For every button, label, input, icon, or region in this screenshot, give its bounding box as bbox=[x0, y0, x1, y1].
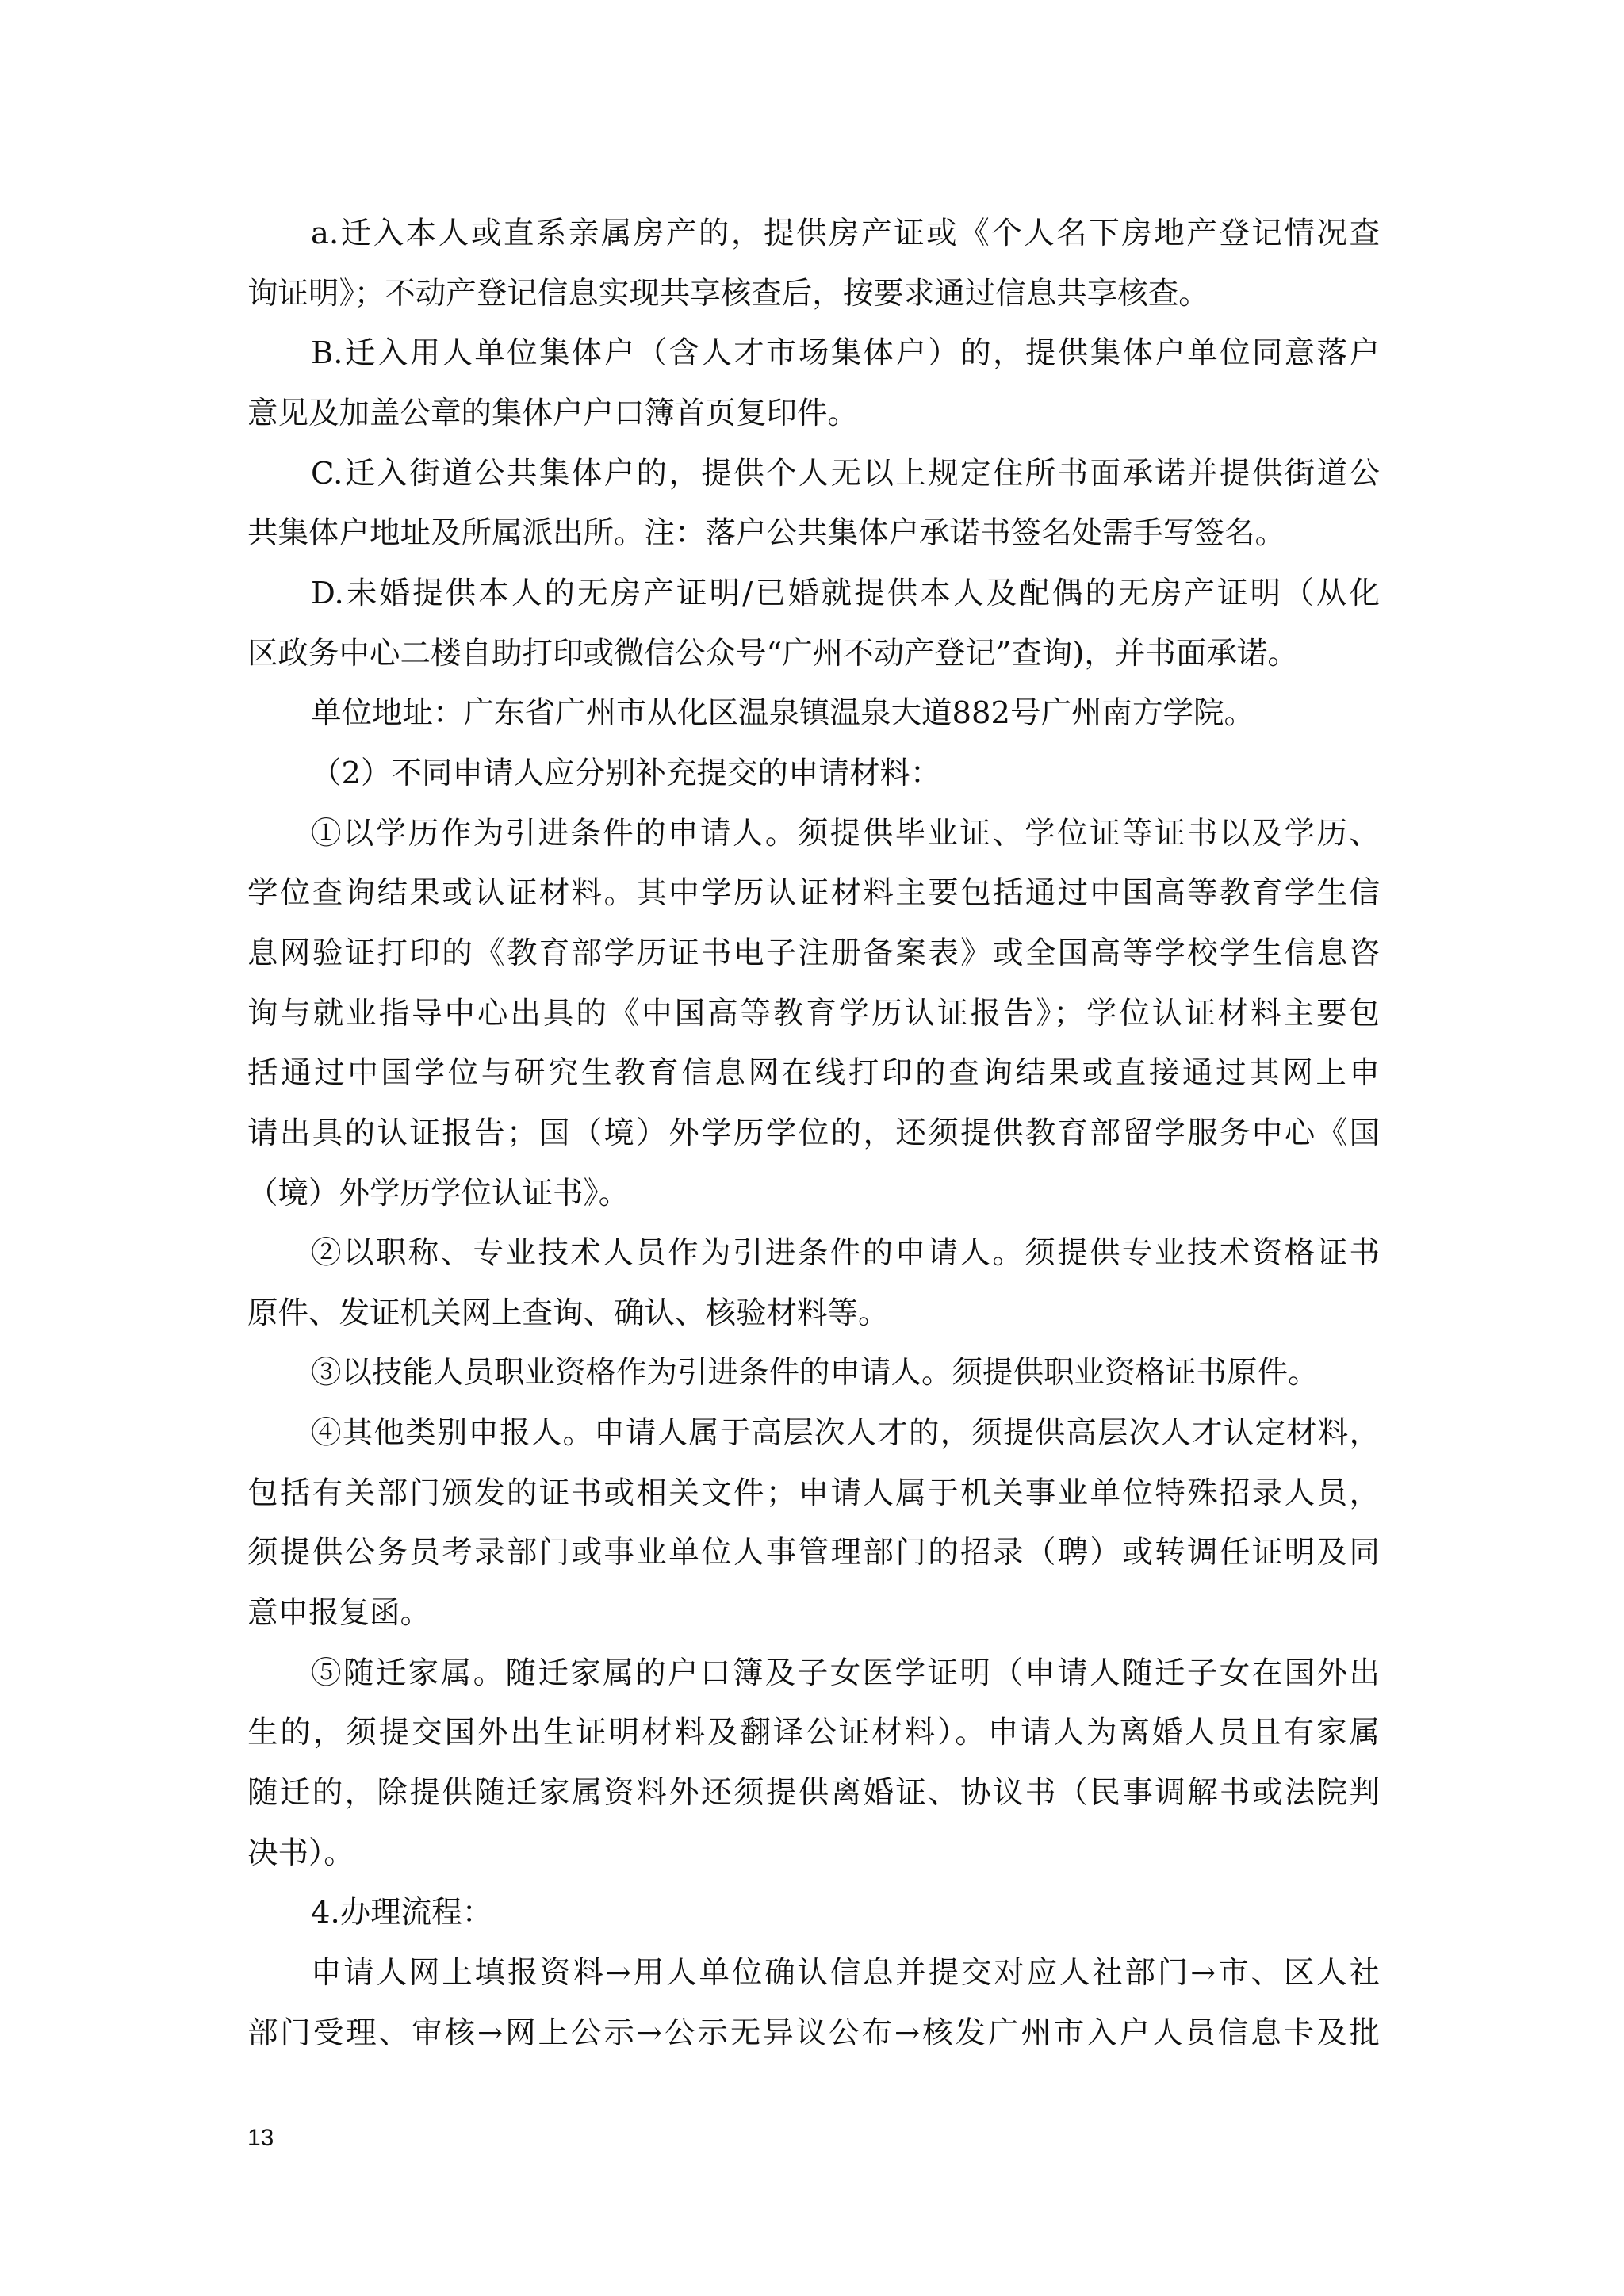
text-line: 询证明》；不动产登记信息实现共享核查后，按要求通过信息共享核查。 bbox=[247, 264, 1380, 324]
text-line: ③以技能人员职业资格作为引进条件的申请人。须提供职业资格证书原件。 bbox=[247, 1343, 1380, 1403]
text-line: ②以职称、专业技术人员作为引进条件的申请人。须提供专业技术资格证书 bbox=[247, 1223, 1380, 1284]
text-line: 须提供公务员考录部门或事业单位人事管理部门的招录（聘）或转调任证明及同 bbox=[247, 1523, 1380, 1583]
text-line: 随迁的，除提供随迁家属资料外还须提供离婚证、协议书（民事调解书或法院判 bbox=[247, 1763, 1380, 1823]
text-line: ④其他类别申报人。申请人属于高层次人才的，须提供高层次人才认定材料， bbox=[247, 1403, 1380, 1464]
page-number: 13 bbox=[247, 2125, 274, 2152]
text-line: 意申报复函。 bbox=[247, 1583, 1380, 1644]
text-line: 申请人网上填报资料→用人单位确认信息并提交对应人社部门→市、区人社 bbox=[247, 1943, 1380, 2003]
text-line: 决书）。 bbox=[247, 1823, 1380, 1884]
paragraph-item-5: ⑤随迁家属。随迁家属的户口簿及子女医学证明（申请人随迁子女在国外出生的，须提交国… bbox=[247, 1644, 1380, 1884]
text-line: 4.办理流程： bbox=[247, 1883, 1380, 1943]
document-page: a.迁入本人或直系亲属房产的，提供房产证或《个人名下房地产登记情况查询证明》；不… bbox=[0, 0, 1624, 2296]
text-line: ①以学历作为引进条件的申请人。须提供毕业证、学位证等证书以及学历、 bbox=[247, 804, 1380, 864]
text-line: 请出具的认证报告；国（境）外学历学位的，还须提供教育部留学服务中心《国 bbox=[247, 1104, 1380, 1164]
paragraph-item-3: ③以技能人员职业资格作为引进条件的申请人。须提供职业资格证书原件。 bbox=[247, 1343, 1380, 1403]
text-line: 原件、发证机关网上查询、确认、核验材料等。 bbox=[247, 1284, 1380, 1344]
text-line: 包括有关部门颁发的证书或相关文件；申请人属于机关事业单位特殊招录人员， bbox=[247, 1464, 1380, 1524]
paragraph-section-4-heading: 4.办理流程： bbox=[247, 1883, 1380, 1943]
text-line: 括通过中国学位与研究生教育信息网在线打印的查询结果或直接通过其网上申 bbox=[247, 1043, 1380, 1104]
paragraph-item-a: a.迁入本人或直系亲属房产的，提供房产证或《个人名下房地产登记情况查询证明》；不… bbox=[247, 204, 1380, 323]
paragraph-item-2: ②以职称、专业技术人员作为引进条件的申请人。须提供专业技术资格证书原件、发证机关… bbox=[247, 1223, 1380, 1343]
text-line: B.迁入用人单位集体户（含人才市场集体户）的，提供集体户单位同意落户 bbox=[247, 323, 1380, 384]
paragraph-section-2-heading: （2）不同申请人应分别补充提交的申请材料： bbox=[247, 744, 1380, 804]
paragraph-item-1: ①以学历作为引进条件的申请人。须提供毕业证、学位证等证书以及学历、学位查询结果或… bbox=[247, 804, 1380, 1224]
text-line: 息网验证打印的《教育部学历证书电子注册备案表》或全国高等学校学生信息咨 bbox=[247, 924, 1380, 984]
text-line: 生的，须提交国外出生证明材料及翻译公证材料）。申请人为离婚人员且有家属 bbox=[247, 1703, 1380, 1763]
text-line: D.未婚提供本人的无房产证明/已婚就提供本人及配偶的无房产证明（从化 bbox=[247, 564, 1380, 624]
text-line: （境）外学历学位认证书》。 bbox=[247, 1164, 1380, 1224]
text-line: a.迁入本人或直系亲属房产的，提供房产证或《个人名下房地产登记情况查 bbox=[247, 204, 1380, 264]
text-line: 共集体户地址及所属派出所。注：落户公共集体户承诺书签名处需手写签名。 bbox=[247, 503, 1380, 564]
text-line: 学位查询结果或认证材料。其中学历认证材料主要包括通过中国高等教育学生信 bbox=[247, 863, 1380, 924]
text-line: C.迁入街道公共集体户的，提供个人无以上规定住所书面承诺并提供街道公 bbox=[247, 444, 1380, 504]
paragraph-unit-address: 单位地址：广东省广州市从化区温泉镇温泉大道882号广州南方学院。 bbox=[247, 683, 1380, 744]
body-text: a.迁入本人或直系亲属房产的，提供房产证或《个人名下房地产登记情况查询证明》；不… bbox=[247, 204, 1380, 2063]
paragraph-item-4: ④其他类别申报人。申请人属于高层次人才的，须提供高层次人才认定材料，包括有关部门… bbox=[247, 1403, 1380, 1644]
text-line: 询与就业指导中心出具的《中国高等教育学历认证报告》；学位认证材料主要包 bbox=[247, 984, 1380, 1044]
text-line: 区政务中心二楼自助打印或微信公众号“广州不动产登记”查询)，并书面承诺。 bbox=[247, 624, 1380, 684]
text-line: 意见及加盖公章的集体户户口簿首页复印件。 bbox=[247, 384, 1380, 444]
paragraph-process-flow: 申请人网上填报资料→用人单位确认信息并提交对应人社部门→市、区人社部门受理、审核… bbox=[247, 1943, 1380, 2063]
paragraph-item-d: D.未婚提供本人的无房产证明/已婚就提供本人及配偶的无房产证明（从化区政务中心二… bbox=[247, 564, 1380, 683]
paragraph-item-b: B.迁入用人单位集体户（含人才市场集体户）的，提供集体户单位同意落户意见及加盖公… bbox=[247, 323, 1380, 443]
text-line: ⑤随迁家属。随迁家属的户口簿及子女医学证明（申请人随迁子女在国外出 bbox=[247, 1644, 1380, 1704]
paragraph-item-c: C.迁入街道公共集体户的，提供个人无以上规定住所书面承诺并提供街道公共集体户地址… bbox=[247, 444, 1380, 564]
text-line: 部门受理、审核→网上公示→公示无异议公布→核发广州市入户人员信息卡及批 bbox=[247, 2003, 1380, 2064]
text-line: （2）不同申请人应分别补充提交的申请材料： bbox=[247, 744, 1380, 804]
text-line: 单位地址：广东省广州市从化区温泉镇温泉大道882号广州南方学院。 bbox=[247, 683, 1380, 744]
